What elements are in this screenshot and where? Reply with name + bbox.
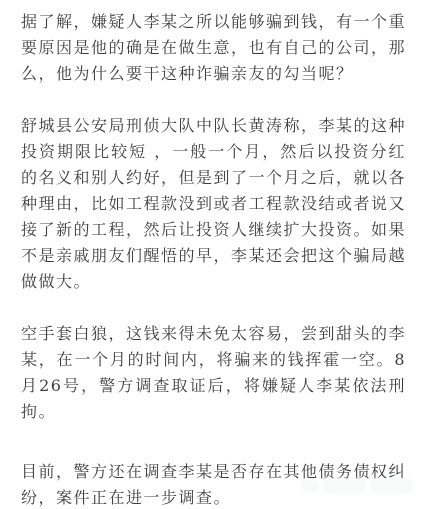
paragraph-1: 据了解，嫌疑人李某之所以能够骗到钱，有一个重要原因是他的确是在做生意，也有自己的…	[21, 9, 406, 87]
paragraph-4: 目前，警方还在调查李某是否存在其他债务债权纠纷，案件正在进一步调查。	[21, 459, 406, 509]
news-article-body: 据了解，嫌疑人李某之所以能够骗到钱，有一个重要原因是他的确是在做生意，也有自己的…	[21, 9, 406, 509]
paragraph-3: 空手套白狼，这钱来得未免太容易，尝到甜头的李某，在一个月的时间内，将骗来的钱挥霍…	[21, 321, 406, 425]
article-page: 据了解，嫌疑人李某之所以能够骗到钱，有一个重要原因是他的确是在做生意，也有自己的…	[0, 0, 421, 509]
paragraph-2: 舒城县公安局刑侦大队中队长黄涛称，李某的这种投资期限比较短 ，一般一个月，然后以…	[21, 113, 406, 295]
